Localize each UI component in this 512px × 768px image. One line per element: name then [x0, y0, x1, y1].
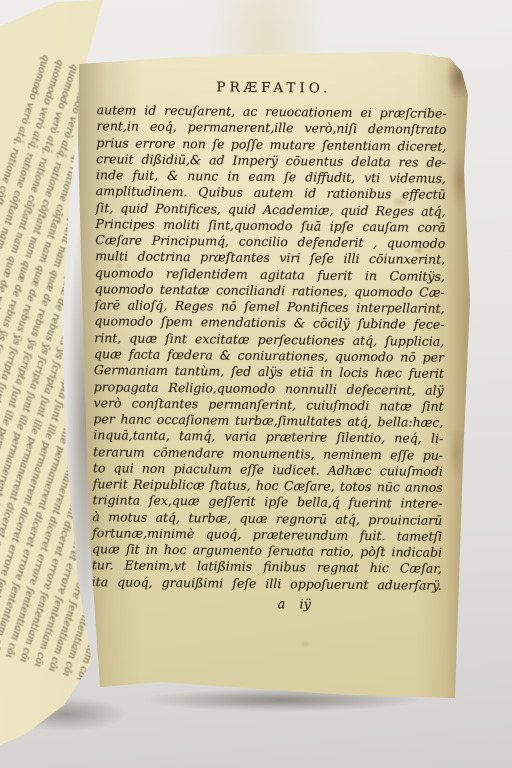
text-line: ita quoq́, grauißimi ſeſe illi oppoſueru…	[92, 574, 442, 594]
foxing-spot	[300, 640, 311, 648]
page-heading: PRÆFATIO.	[97, 76, 447, 100]
page-content: PRÆFATIO. autem id recuſarent, ac reuoca…	[91, 76, 447, 614]
book-photo: quomodo verò atq́, ratione cōſtant nam q…	[0, 0, 512, 768]
page-edge-chip	[449, 425, 464, 480]
preface-text-block: autem id recuſarent, ac reuocationem ei …	[92, 102, 447, 594]
